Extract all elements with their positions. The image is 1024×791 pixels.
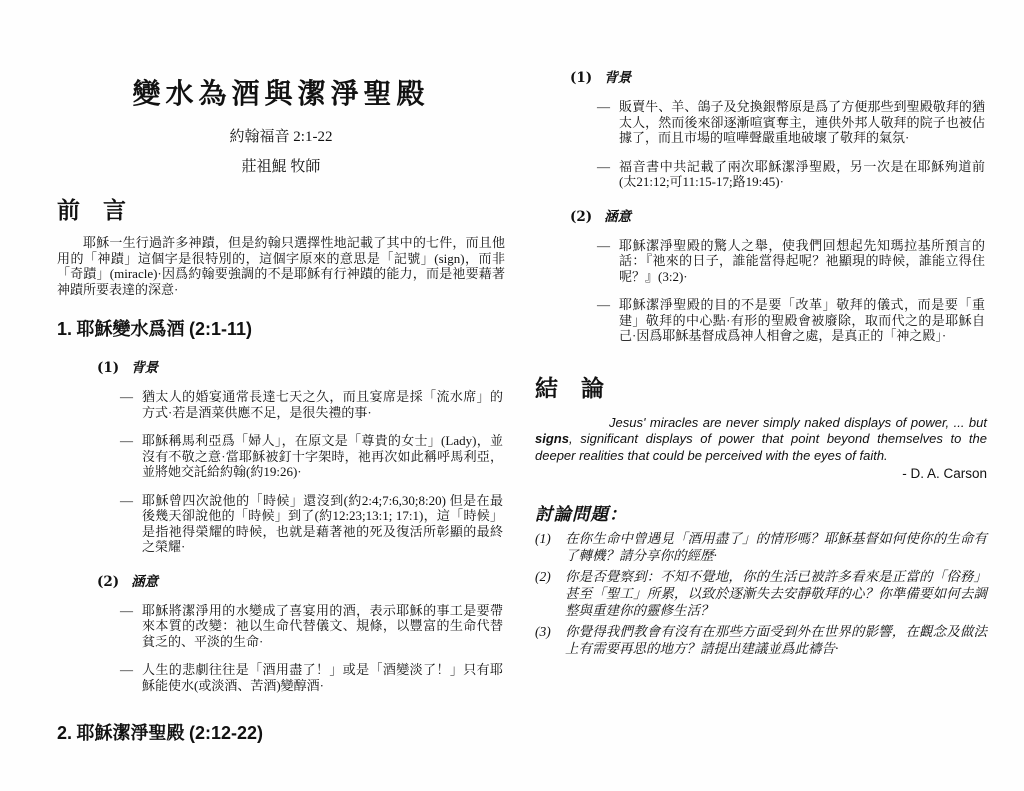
question-number: (1): [535, 530, 565, 564]
discussion-question: (1)在你生命中曾遇見「酒用盡了」的情形嗎？耶穌基督如何使你的生命有了轉機？請分…: [535, 530, 987, 564]
dash-marker: —: [120, 662, 142, 693]
author-name: 莊祖鯤 牧師: [57, 155, 505, 176]
question-number: (3): [535, 623, 565, 657]
section1-number: 1.: [57, 319, 72, 339]
discussion-heading: 討論問題：: [535, 501, 987, 526]
question-text: 你覺得我們教會有沒有在那些方面受到外在世界的影響，在觀念及做法上有需要再思的地方…: [565, 623, 987, 657]
section2-heading: 2. 耶穌潔淨聖殿 (2:12-22): [57, 719, 505, 745]
list-item: —耶穌潔淨聖殿的目的不是要「改革」敬拜的儀式，而是要「重建」敬拜的中心點·有形的…: [597, 297, 985, 344]
dash-marker: —: [120, 603, 142, 650]
section1-background-subhead: (1)背景: [97, 356, 505, 376]
section2-verse-ref: (2:12-22): [189, 723, 263, 743]
section1-heading: 1. 耶穌變水爲酒 (2:1-11): [57, 315, 505, 341]
intro-paragraph: 耶穌一生行過許多神蹟，但是約翰只選擇性地記載了其中的七件，而且他用的「神蹟」這個…: [57, 235, 505, 297]
dash-marker: —: [597, 297, 619, 344]
scripture-reference: 約翰福音 2:1-22: [57, 125, 505, 146]
right-column: (1)背景 —販賣牛、羊、鴿子及兌換銀幣原是爲了方便那些到聖殿敬拜的猶太人，然而…: [535, 0, 987, 657]
dash-marker: —: [120, 493, 142, 555]
list-item: —福音書中共記載了兩次耶穌潔淨聖殿，另一次是在耶穌殉道前(太21:12;可11:…: [597, 159, 985, 190]
carson-quote: Jesus' miracles are never simply naked d…: [535, 415, 987, 465]
left-column: 變水為酒與潔淨聖殿 約翰福音 2:1-22 莊祖鯤 牧師 前 言 耶穌一生行過許…: [57, 0, 505, 745]
section1-meaning-list: —耶穌將潔淨用的水變成了喜宴用的酒，表示耶穌的事工是要帶來本質的改變：祂以生命代…: [120, 603, 503, 694]
question-text: 在你生命中曾遇見「酒用盡了」的情形嗎？耶穌基督如何使你的生命有了轉機？請分享你的…: [565, 530, 987, 564]
list-item: —耶穌稱馬利亞爲「婦人」，在原文是「尊貴的女士」(Lady)，並沒有不敬之意·當…: [120, 433, 503, 480]
intro-heading: 前 言: [57, 192, 505, 225]
section1-title: 耶穌變水爲酒: [77, 319, 185, 339]
section1-verse-ref: (2:1-11): [189, 319, 252, 339]
section2-background-list: —販賣牛、羊、鴿子及兌換銀幣原是爲了方便那些到聖殿敬拜的猶太人，然而後來卻逐漸喧…: [597, 99, 985, 190]
section2-number: 2.: [57, 723, 72, 743]
quote-attribution: - D. A. Carson: [535, 466, 987, 481]
question-number: (2): [535, 568, 565, 619]
list-item: —人生的悲劇往往是「酒用盡了！」或是「酒變淡了！」只有耶穌能使水(或淡酒、苦酒)…: [120, 662, 503, 693]
page-title: 變水為酒與潔淨聖殿: [57, 72, 505, 112]
dash-marker: —: [120, 433, 142, 480]
question-text: 你是否覺察到：不知不覺地，你的生活已被許多看來是正當的「俗務」甚至「聖工」所累，…: [565, 568, 987, 619]
list-item: —耶穌潔淨聖殿的驚人之舉，使我們回想起先知瑪拉基所預言的話：『祂來的日子，誰能當…: [597, 238, 985, 285]
section2-meaning-subhead: (2)涵意: [570, 205, 987, 225]
dash-marker: —: [597, 99, 619, 146]
list-item: —耶穌曾四次說他的「時候」還沒到(約2:4;7:6,30;8:20) 但是在最後…: [120, 493, 503, 555]
dash-marker: —: [597, 159, 619, 190]
section2-title: 耶穌潔淨聖殿: [77, 723, 185, 743]
discussion-question: (2)你是否覺察到：不知不覺地，你的生活已被許多看來是正當的「俗務」甚至「聖工」…: [535, 568, 987, 619]
section2-meaning-list: —耶穌潔淨聖殿的驚人之舉，使我們回想起先知瑪拉基所預言的話：『祂來的日子，誰能當…: [597, 238, 985, 344]
list-item: —耶穌將潔淨用的水變成了喜宴用的酒，表示耶穌的事工是要帶來本質的改變：祂以生命代…: [120, 603, 503, 650]
dash-marker: —: [120, 389, 142, 420]
list-item: —販賣牛、羊、鴿子及兌換銀幣原是爲了方便那些到聖殿敬拜的猶太人，然而後來卻逐漸喧…: [597, 99, 985, 146]
section1-meaning-subhead: (2)涵意: [97, 570, 505, 590]
conclusion-heading: 結 論: [535, 370, 987, 403]
document-page: 變水為酒與潔淨聖殿 約翰福音 2:1-22 莊祖鯤 牧師 前 言 耶穌一生行過許…: [0, 0, 1024, 791]
list-item: —猶太人的婚宴通常長達七天之久，而且宴席是採「流水席」的方式·若是酒菜供應不足，…: [120, 389, 503, 420]
dash-marker: —: [597, 238, 619, 285]
discussion-question: (3)你覺得我們教會有沒有在那些方面受到外在世界的影響，在觀念及做法上有需要再思…: [535, 623, 987, 657]
section1-background-list: —猶太人的婚宴通常長達七天之久，而且宴席是採「流水席」的方式·若是酒菜供應不足，…: [120, 389, 503, 555]
quote-emphasis: signs: [535, 431, 569, 446]
section2-background-subhead: (1)背景: [570, 66, 987, 86]
